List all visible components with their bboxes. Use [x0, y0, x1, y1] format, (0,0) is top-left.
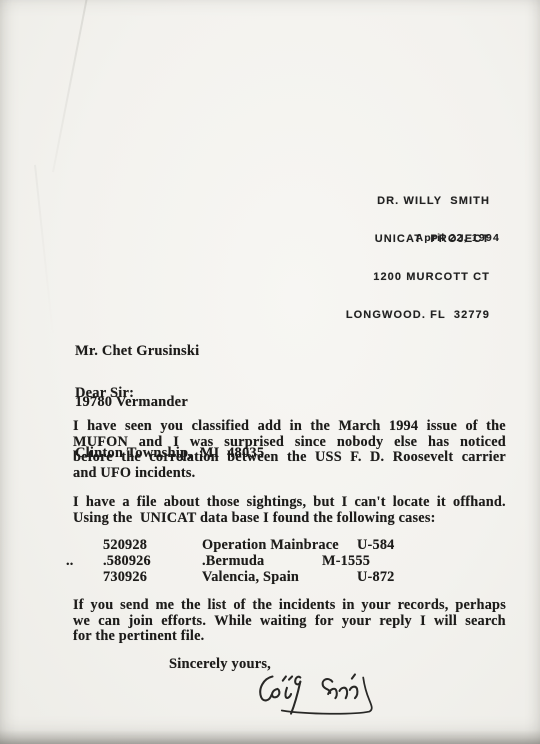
unicat-cases-table: 520928 Operation Mainbrace U-584 .. .580… [0, 538, 540, 585]
scanned-letter-page: DR. WILLY SMITH UNICAT PROJECT 1200 MURC… [0, 0, 540, 744]
recipient-line: Mr. Chet Grusinski [75, 343, 264, 360]
paragraph-line: Using the UNICAT data base I found the f… [73, 511, 506, 527]
case-date-number: .580926 [103, 554, 151, 570]
case-name: Valencia, Spain [202, 570, 299, 586]
handwritten-signature-icon [256, 668, 390, 718]
sender-line: DR. WILLY SMITH [346, 195, 490, 208]
paragraph-line: IhaveseenyouclassifiedaddintheMarch1994i… [73, 419, 506, 435]
paragraph-line: MUFONandIwassurprisedsincenobodyelsehasn… [73, 435, 506, 451]
case-row: .. .580926 .Bermuda M-1555 [0, 554, 540, 570]
case-marker: .. [66, 554, 74, 570]
sender-address-block: DR. WILLY SMITH UNICAT PROJECT 1200 MURC… [346, 170, 490, 346]
case-date-number: 730926 [103, 570, 147, 586]
case-code: U-584 [357, 538, 395, 554]
paragraph-line: for the pertinent file. [73, 629, 506, 645]
body-paragraph-1: IhaveseenyouclassifiedaddintheMarch1994i… [73, 419, 506, 481]
case-code: U-872 [357, 570, 395, 586]
case-row: 520928 Operation Mainbrace U-584 [0, 538, 540, 554]
case-code: M-1555 [322, 554, 370, 570]
date-line: April 22, 1994 [415, 232, 500, 244]
case-date-number: 520928 [103, 538, 147, 554]
paragraph-line: Ifyousendmethelistoftheincidentsinyourre… [73, 598, 506, 614]
case-name: Operation Mainbrace [202, 538, 339, 554]
body-paragraph-3: Ifyousendmethelistoftheincidentsinyourre… [73, 598, 506, 645]
case-name: .Bermuda [202, 554, 264, 570]
sender-line: 1200 MURCOTT CT [346, 271, 490, 284]
paper-crease [34, 165, 54, 339]
paragraph-line: and UFO incidents. [73, 466, 506, 482]
paragraph-line: beforethecorrelationbetweentheUSSF.D.Roo… [73, 450, 506, 466]
scan-bottom-edge [0, 730, 540, 744]
sender-line: LONGWOOD. FL 32779 [346, 309, 490, 322]
case-row: 730926 Valencia, Spain U-872 [0, 570, 540, 586]
body-paragraph-2: Ihaveafileaboutthosesightings,butIcan'tl… [73, 495, 506, 526]
salutation: Dear Sir: [75, 385, 134, 402]
paragraph-line: Ihaveafileaboutthosesightings,butIcan'tl… [73, 495, 506, 511]
paragraph-line: wecanjoinefforts.Whilewaitingforyourrepl… [73, 614, 506, 630]
paper-crease [52, 0, 88, 172]
